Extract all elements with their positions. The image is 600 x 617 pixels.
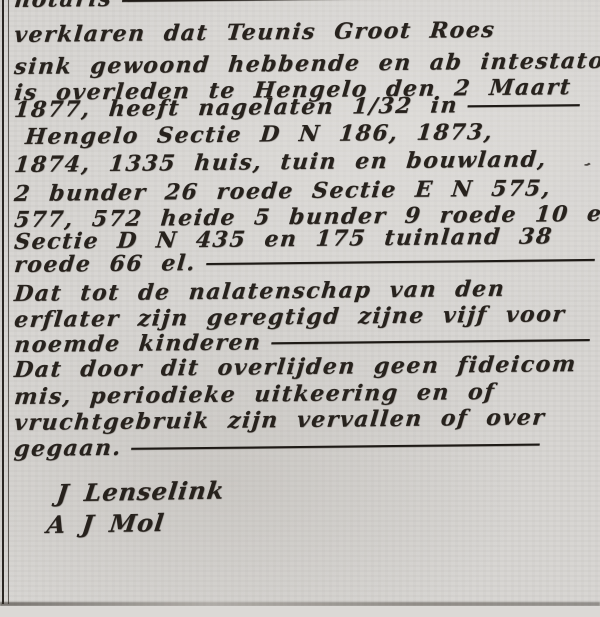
signature-text: A J Mol [45, 508, 166, 539]
handwritten-line: 1877, heeft nagelaten 1/32 in [13, 91, 581, 123]
ink-rule [468, 104, 580, 108]
handwritten-line: roede 66 el. [13, 246, 596, 278]
line-text: gegaan. [13, 435, 123, 462]
left-margin-line-outer [2, 0, 4, 604]
line-text: 1877, heeft nagelaten 1/32 in [13, 92, 459, 123]
handwritten-line: gegaan. [13, 430, 541, 462]
signature-text: J Lenselink [55, 476, 226, 508]
left-margin-line-inner [8, 0, 9, 604]
line-text: notaris [13, 0, 113, 13]
ink-smudge: ’ [575, 158, 593, 178]
signature: A J Mol [45, 508, 166, 539]
handwritten-line: Hengelo Sectie D N 186, 1873, [24, 119, 494, 150]
line-text: Hengelo Sectie D N 186, 1873, [24, 119, 494, 150]
handwritten-line: notaris [13, 0, 586, 13]
ink-rule [122, 0, 585, 2]
line-text: verklaren dat Teunis Groot Roes [13, 17, 497, 48]
ink-rule [206, 259, 595, 265]
line-text: roede 66 el. [13, 250, 197, 278]
ink-rule [271, 339, 590, 345]
signature: J Lenselink [55, 476, 226, 508]
document-page: notaris verklaren dat Teunis Groot Roes … [0, 0, 600, 617]
handwritten-line: 1874, 1335 huis, tuin en bouwland, [13, 146, 548, 178]
scan-background-strip [0, 606, 600, 617]
ink-rule [132, 443, 541, 450]
handwritten-line: verklaren dat Teunis Groot Roes [13, 17, 497, 48]
line-text: noemde kinderen [13, 329, 263, 358]
line-text: 1874, 1335 huis, tuin en bouwland, [13, 146, 548, 178]
